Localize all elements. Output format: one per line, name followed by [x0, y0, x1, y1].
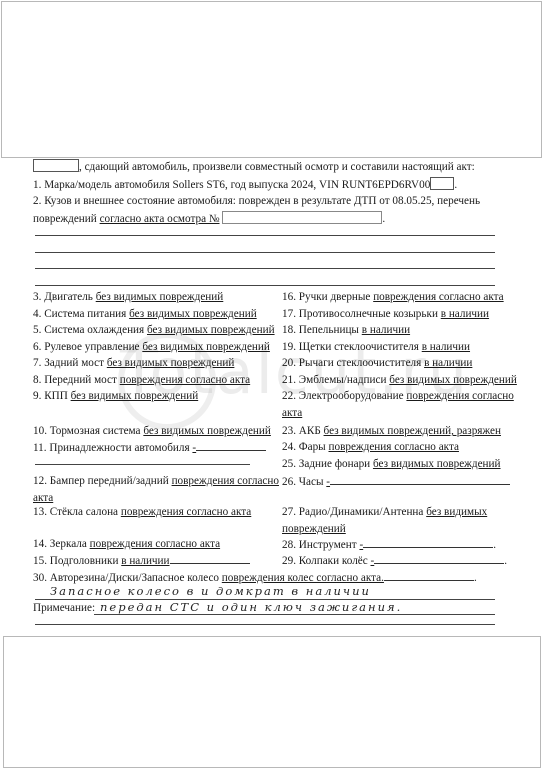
- item-2-line2: повреждений согласно акта осмотра № .: [33, 211, 385, 226]
- handwritten-note-line1: Запасное колесо в и домкрат в наличии: [50, 584, 371, 598]
- item-label: 20. Рычаги стеклоочистителя: [282, 357, 421, 369]
- blank-rule: [35, 235, 495, 236]
- item-label: 6. Рулевое управление: [33, 341, 140, 353]
- redacted-signature-box: [3, 636, 541, 768]
- checklist-item: 18. Пепельницы в наличии: [282, 323, 410, 337]
- checklist-item: 10. Тормозная система без видимых повреж…: [33, 424, 271, 438]
- checklist-item: 9. КПП без видимых повреждений: [33, 389, 198, 403]
- item-value: без видимых повреждений: [71, 390, 199, 402]
- item-value: без видимых повреждений: [142, 341, 270, 353]
- item-value: повреждения согласно акта: [90, 538, 220, 550]
- item-value: в наличии: [422, 341, 470, 353]
- item-label: 12. Бампер передний/задний: [33, 475, 169, 487]
- item-label: 10. Тормозная система: [33, 425, 141, 437]
- checklist-item: 6. Рулевое управление без видимых повреж…: [33, 340, 270, 354]
- item-value: без видимых повреждений: [143, 425, 271, 437]
- blank-rule: [35, 252, 495, 253]
- checklist-item: 11. Принадлежности автомобиля -: [33, 440, 266, 455]
- item-label: 8. Передний мост: [33, 374, 117, 386]
- item-label: 29. Колпаки колёс: [282, 555, 368, 567]
- note-rule: [94, 614, 495, 615]
- blank-rule: [35, 268, 495, 269]
- item-label: 9. КПП: [33, 390, 68, 402]
- item-label: 26. Часы: [282, 476, 324, 488]
- item-value: повреждения согласно акта: [373, 291, 503, 303]
- item-value-continued: акта: [282, 406, 302, 420]
- item-label: 16. Ручки дверные: [282, 291, 370, 303]
- checklist-item: 24. Фары повреждения согласно акта: [282, 440, 459, 454]
- item-label: 22. Электрооборудование: [282, 390, 404, 402]
- item-label: 4. Система питания: [33, 308, 126, 320]
- checklist-item: 26. Часы -: [282, 474, 510, 489]
- item-value: повреждения согласно: [406, 390, 513, 402]
- item-label: 3. Двигатель: [33, 291, 93, 303]
- checklist-item: 16. Ручки дверные повреждения согласно а…: [282, 290, 504, 304]
- item-value: без видимых: [426, 506, 487, 518]
- redacted-header-box: [1, 1, 542, 158]
- item-label: 24. Фары: [282, 441, 326, 453]
- checklist-item: 29. Колпаки колёс -.: [282, 553, 507, 568]
- checklist-item: 3. Двигатель без видимых повреждений: [33, 290, 223, 304]
- item-label: 25. Задние фонари: [282, 458, 370, 470]
- blank-rule: [35, 285, 495, 286]
- item-value: без видимых повреждений: [147, 324, 275, 336]
- item-value: в наличии: [362, 324, 410, 336]
- item-label: 11. Принадлежности автомобиля: [33, 442, 190, 454]
- item-label: 14. Зеркала: [33, 538, 87, 550]
- item-value: в наличии: [441, 308, 489, 320]
- item-label: 18. Пепельницы: [282, 324, 359, 336]
- item-30-line: 30. Авторезина/Диски/Запасное колесо пов…: [33, 570, 477, 585]
- handwritten-note-line2: передан СТС и один ключ зажигания.: [100, 600, 402, 614]
- checklist-item: 15. Подголовники в наличии: [33, 553, 250, 568]
- intro-line: , сдающий автомобиль, произвели совместн…: [33, 159, 475, 174]
- item-value-continued: акта: [33, 491, 53, 505]
- redacted-name-box: [33, 159, 79, 172]
- item-value: повреждения согласно акта: [329, 441, 459, 453]
- checklist-item: 23. АКБ без видимых повреждений, разряже…: [282, 424, 501, 438]
- redacted-vin-box: [430, 177, 454, 190]
- item-value: повреждения согласно акта: [121, 506, 251, 518]
- checklist-item: 17. Противосолнечные козырьки в наличии: [282, 307, 489, 321]
- checklist-item: 27. Радио/Динамики/Антенна без видимых: [282, 505, 487, 519]
- item-label: 21. Эмблемы/надписи: [282, 374, 386, 386]
- item-label: 5. Система охлаждения: [33, 324, 144, 336]
- item-label: 13. Стёкла салона: [33, 506, 118, 518]
- checklist-item: 5. Система охлаждения без видимых повреж…: [33, 323, 275, 337]
- blank-rule: [35, 464, 250, 465]
- item-label: 27. Радио/Динамики/Антенна: [282, 506, 423, 518]
- item-label: 28. Инструмент: [282, 539, 357, 551]
- item-2-line1: 2. Кузов и внешнее состояние автомобиля:…: [33, 194, 480, 208]
- checklist-item: 4. Система питания без видимых поврежден…: [33, 307, 257, 321]
- item-value: без видимых повреждений: [129, 308, 257, 320]
- checklist-item: 28. Инструмент -.: [282, 537, 496, 552]
- item-value: без видимых повреждений: [107, 357, 235, 369]
- item-label: 19. Щетки стеклоочистителя: [282, 341, 419, 353]
- checklist-item: 20. Рычаги стеклоочистителя в наличии: [282, 356, 472, 370]
- item-value-continued: повреждений: [282, 522, 346, 536]
- checklist-item: 12. Бампер передний/задний повреждения с…: [33, 474, 279, 488]
- checklist-item: 25. Задние фонари без видимых повреждени…: [282, 457, 501, 471]
- item-label: 15. Подголовники: [33, 555, 118, 567]
- item-value: в наличии: [121, 555, 169, 567]
- item-value: без видимых повреждений: [389, 374, 517, 386]
- checklist-item: 7. Задний мост без видимых повреждений: [33, 356, 234, 370]
- checklist-item: 21. Эмблемы/надписи без видимых поврежде…: [282, 373, 517, 387]
- item-value: без видимых повреждений: [96, 291, 224, 303]
- item-1-line: 1. Марка/модель автомобиля Sollers ST6, …: [33, 177, 457, 192]
- item-value: в наличии: [424, 357, 472, 369]
- redacted-act-number-box: [222, 211, 382, 224]
- item-value: без видимых повреждений: [373, 458, 501, 470]
- item-value: без видимых повреждений, разряжен: [324, 425, 501, 437]
- item-label: 23. АКБ: [282, 425, 321, 437]
- checklist-item: 22. Электрооборудование повреждения согл…: [282, 389, 514, 403]
- item-label: 17. Противосолнечные козырьки: [282, 308, 438, 320]
- note-label: Примечание:: [33, 601, 95, 615]
- item-value: повреждения согласно акта: [120, 374, 250, 386]
- checklist-item: 19. Щетки стеклоочистителя в наличии: [282, 340, 470, 354]
- item-value: повреждения согласно: [172, 475, 279, 487]
- checklist-item: 8. Передний мост повреждения согласно ак…: [33, 373, 250, 387]
- checklist-item: 14. Зеркала повреждения согласно акта: [33, 537, 220, 551]
- item-label: 7. Задний мост: [33, 357, 104, 369]
- note-rule: [35, 624, 495, 625]
- checklist-item: 13. Стёкла салона повреждения согласно а…: [33, 505, 251, 519]
